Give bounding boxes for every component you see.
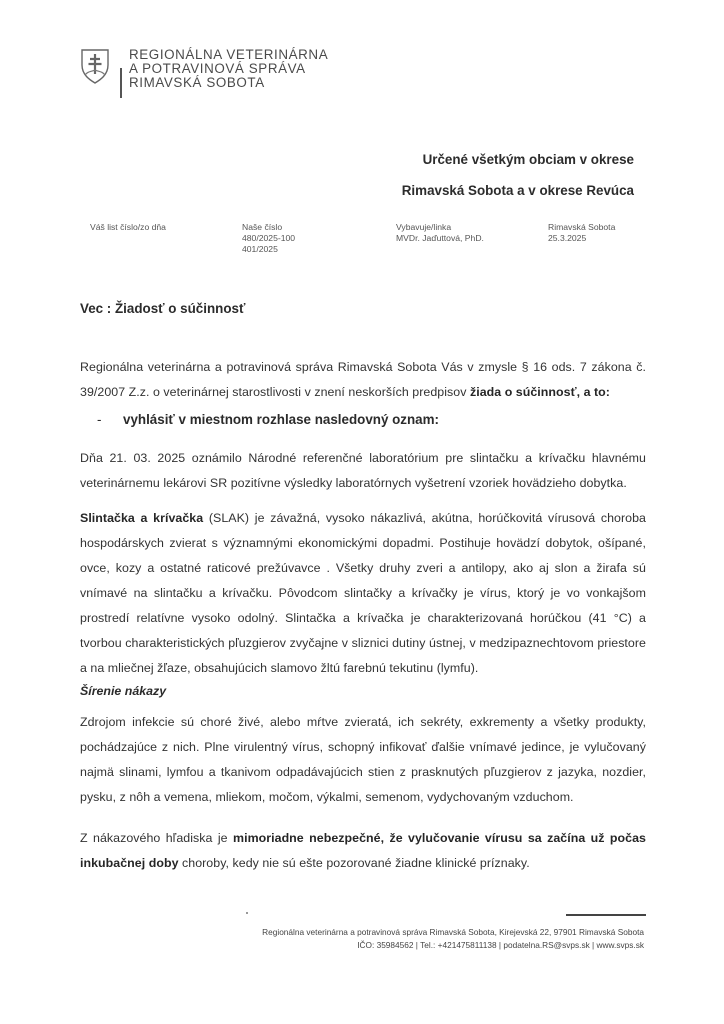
request-bullet: -vyhlásiť v miestnom rozhlase nasledovný… — [97, 412, 439, 427]
footer-rule — [566, 914, 646, 916]
recipient-block: Určené všetkým obciam v okrese Rimavská … — [402, 144, 634, 206]
spread-paragraph: Zdrojom infekcie sú choré živé, alebo mŕ… — [80, 710, 646, 810]
footer: Regionálna veterinárna a potravinová spr… — [262, 926, 644, 952]
subject-line: Vec : Žiadosť o súčinnosť — [80, 301, 245, 316]
intro-paragraph: Regionálna veterinárna a potravinová spr… — [80, 355, 646, 405]
organization-name: REGIONÁLNA VETERINÁRNA A POTRAVINOVÁ SPR… — [129, 48, 328, 91]
our-reference: Naše číslo 480/2025-100 401/2025 — [242, 222, 295, 255]
announcement-paragraph: Dňa 21. 03. 2025 oznámilo Národné refere… — [80, 446, 646, 496]
danger-paragraph: Z nákazového hľadiska je mimoriadne nebe… — [80, 826, 646, 876]
disease-description-paragraph: Slintačka a krívačka (SLAK) je závažná, … — [80, 506, 646, 681]
handled-by: Vybavuje/linka MVDr. Jaďuttová, PhD. — [396, 222, 484, 244]
letterhead: REGIONÁLNA VETERINÁRNA A POTRAVINOVÁ SPR… — [80, 48, 340, 100]
bullet-dash: - — [97, 412, 123, 427]
footer-address: Regionálna veterinárna a potravinová spr… — [262, 926, 644, 939]
your-reference: Váš list číslo/zo dňa — [90, 222, 166, 233]
logo-divider — [120, 68, 122, 98]
section-heading: Šírenie nákazy — [80, 684, 166, 698]
slovak-coat-of-arms-icon — [80, 48, 110, 84]
footer-contacts: IČO: 35984562 | Tel.: +421475811138 | po… — [262, 939, 644, 952]
recipient-line-1: Určené všetkým obciam v okrese — [402, 144, 634, 175]
scan-mark — [246, 912, 248, 914]
place-and-date: Rimavská Sobota 25.3.2025 — [548, 222, 615, 244]
recipient-line-2: Rimavská Sobota a v okrese Revúca — [402, 175, 634, 206]
